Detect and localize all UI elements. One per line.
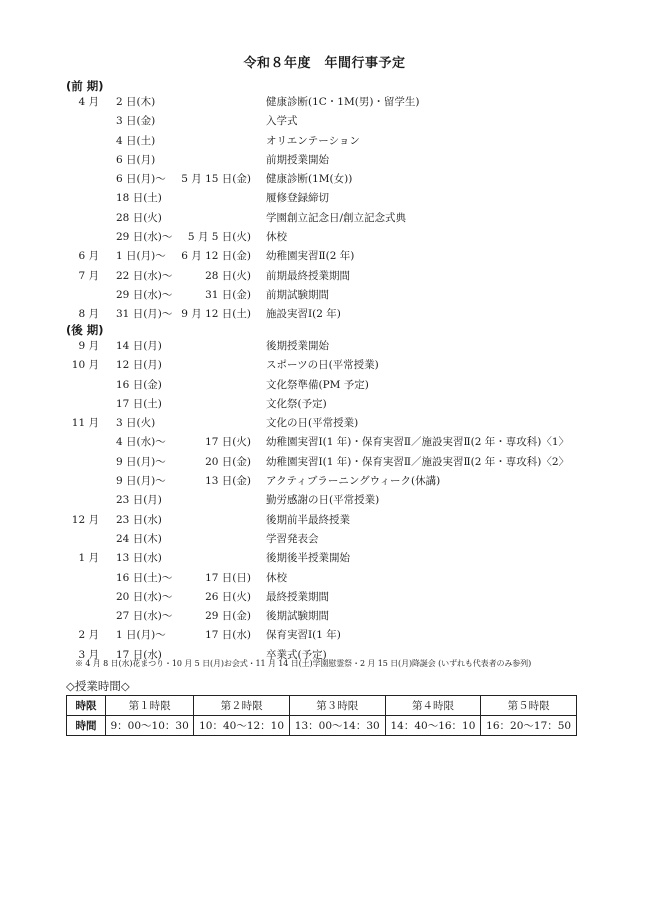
schedule-row: 9 日(月)～20 日(金)幼稚園実習Ⅰ(1 年)・保育実習Ⅱ／施設実習Ⅱ(2 … xyxy=(0,453,649,472)
end-date-cell: 5 月 15 日(金) xyxy=(156,170,251,189)
schedule-row: 7 月22 日(水)～28 日(火)前期最終授業期間 xyxy=(0,267,649,286)
schedule-row: 20 日(水)～26 日(火)最終授業期間 xyxy=(0,588,649,607)
end-date-cell: 29 日(金) xyxy=(156,607,251,626)
end-date-cell: 17 日(水) xyxy=(156,626,251,645)
start-date-cell: 16 日(金) xyxy=(116,376,162,395)
schedule-row: 6 日(月)～5 月 15 日(金)健康診断(1M(女)) xyxy=(0,170,649,189)
month-cell: 7 月 xyxy=(78,267,99,286)
event-cell: 前期最終授業期間 xyxy=(266,267,350,286)
period-cell: 第４時限 xyxy=(385,696,481,716)
month-cell: 11 月 xyxy=(72,414,99,433)
month-cell: 12 月 xyxy=(72,511,99,530)
schedule-row: 18 日(土)履修登録締切 xyxy=(0,189,649,208)
event-cell: 学習発表会 xyxy=(266,530,319,549)
event-cell: 文化の日(平常授業) xyxy=(266,414,358,433)
schedule-row: 9 日(月)～13 日(金)アクティブラーニングウィーク(休講) xyxy=(0,472,649,491)
end-date-cell: 9 月 12 日(土) xyxy=(156,305,251,324)
schedule-row: 27 日(水)～29 日(金)後期試験期間 xyxy=(0,607,649,626)
period-cell: 第３時限 xyxy=(289,696,385,716)
period-label-cell: 時限 xyxy=(67,696,106,716)
event-cell: 施設実習Ⅰ(2 年) xyxy=(266,305,341,324)
start-date-cell: 28 日(火) xyxy=(116,209,162,228)
first-term-heading: (前 期) xyxy=(66,78,104,94)
event-cell: 幼稚園実習Ⅰ(1 年)・保育実習Ⅱ／施設実習Ⅱ(2 年・専攻科)〈1〉 xyxy=(266,433,569,452)
time-row: 時間 9：00～10：30 10：40～12：10 13：00～14：30 14… xyxy=(67,716,577,736)
period-cell: 第１時限 xyxy=(106,696,194,716)
time-cell: 16：20～17：50 xyxy=(481,716,577,736)
time-cell: 10：40～12：10 xyxy=(194,716,290,736)
start-date-cell: 2 日(木) xyxy=(116,93,155,112)
event-cell: 学園創立記念日/創立記念式典 xyxy=(266,209,406,228)
start-date-cell: 23 日(月) xyxy=(116,491,162,510)
month-cell: 2 月 xyxy=(78,626,99,645)
month-cell: 10 月 xyxy=(72,356,99,375)
start-date-cell: 3 日(金) xyxy=(116,112,155,131)
schedule-row: 29 日(水)～31 日(金)前期試験期間 xyxy=(0,286,649,305)
end-date-cell: 17 日(火) xyxy=(156,433,251,452)
schedule-row: 28 日(火)学園創立記念日/創立記念式典 xyxy=(0,209,649,228)
schedule-row: 12 月23 日(水)後期前半最終授業 xyxy=(0,511,649,530)
schedule-row: 29 日(水)～5 月 5 日(火)休校 xyxy=(0,228,649,247)
schedule-row: 4 月2 日(木)健康診断(1C・1M(男)・留学生) xyxy=(0,93,649,112)
month-cell: 1 月 xyxy=(78,549,99,568)
start-date-cell: 4 日(土) xyxy=(116,132,155,151)
time-cell: 13：00～14：30 xyxy=(289,716,385,736)
start-date-cell: 23 日(水) xyxy=(116,511,162,530)
event-cell: 休校 xyxy=(266,228,287,247)
event-cell: 入学式 xyxy=(266,112,298,131)
schedule-row: 23 日(月)勤労感謝の日(平常授業) xyxy=(0,491,649,510)
class-times-table: 時限 第１時限 第２時限 第３時限 第４時限 第５時限 時間 9：00～10：3… xyxy=(66,695,577,736)
month-cell: 4 月 xyxy=(78,93,99,112)
start-date-cell: 18 日(土) xyxy=(116,189,162,208)
end-date-cell: 26 日(火) xyxy=(156,588,251,607)
schedule-row: 1 月13 日(水)後期後半授業開始 xyxy=(0,549,649,568)
start-date-cell: 12 日(月) xyxy=(116,356,162,375)
start-date-cell: 3 日(火) xyxy=(116,414,155,433)
schedule-row: 4 日(水)～17 日(火)幼稚園実習Ⅰ(1 年)・保育実習Ⅱ／施設実習Ⅱ(2 … xyxy=(0,433,649,452)
schedule-row: 11 月3 日(火)文化の日(平常授業) xyxy=(0,414,649,433)
event-cell: アクティブラーニングウィーク(休講) xyxy=(266,472,440,491)
event-cell: 休校 xyxy=(266,569,287,588)
event-cell: 健康診断(1M(女)) xyxy=(266,170,352,189)
schedule-row: 16 日(金)文化祭準備(PM 予定) xyxy=(0,376,649,395)
event-cell: 幼稚園実習Ⅰ(1 年)・保育実習Ⅱ／施設実習Ⅱ(2 年・専攻科)〈2〉 xyxy=(266,453,569,472)
event-cell: 後期試験期間 xyxy=(266,607,329,626)
end-date-cell: 13 日(金) xyxy=(156,472,251,491)
time-label-cell: 時間 xyxy=(67,716,106,736)
time-cell: 9：00～10：30 xyxy=(106,716,194,736)
schedule-row: 10 月12 日(月)スポーツの日(平常授業) xyxy=(0,356,649,375)
event-cell: 健康診断(1C・1M(男)・留学生) xyxy=(266,93,420,112)
class-times-heading: ◇授業時間◇ xyxy=(66,678,130,694)
event-cell: 後期後半授業開始 xyxy=(266,549,350,568)
schedule-row: 16 日(土)～17 日(日)休校 xyxy=(0,569,649,588)
event-cell: 前期試験期間 xyxy=(266,286,329,305)
start-date-cell: 14 日(月) xyxy=(116,337,162,356)
event-cell: 幼稚園実習Ⅱ(2 年) xyxy=(266,247,354,266)
start-date-cell: 24 日(木) xyxy=(116,530,162,549)
event-cell: 保育実習Ⅰ(1 年) xyxy=(266,626,341,645)
schedule-row: 24 日(木)学習発表会 xyxy=(0,530,649,549)
end-date-cell: 17 日(日) xyxy=(156,569,251,588)
end-date-cell: 5 月 5 日(火) xyxy=(156,228,251,247)
schedule-row: 3 日(金)入学式 xyxy=(0,112,649,131)
footnote: ※ 4 月 8 日(水)花まつり・10 月 5 日(月)お会式・11 月 14 … xyxy=(75,658,531,669)
second-term-heading: (後 期) xyxy=(66,322,104,338)
event-cell: 後期授業開始 xyxy=(266,337,329,356)
schedule-row: 2 月1 日(月)～17 日(水)保育実習Ⅰ(1 年) xyxy=(0,626,649,645)
period-cell: 第５時限 xyxy=(481,696,577,716)
event-cell: 前期授業開始 xyxy=(266,151,329,170)
schedule-row: 4 日(土)オリエンテーション xyxy=(0,132,649,151)
end-date-cell: 28 日(火) xyxy=(156,267,251,286)
start-date-cell: 13 日(水) xyxy=(116,549,162,568)
schedule-row: 17 日(土)文化祭(予定) xyxy=(0,395,649,414)
second-term-schedule: 9 月14 日(月)後期授業開始10 月12 日(月)スポーツの日(平常授業)1… xyxy=(0,337,649,665)
event-cell: 文化祭(予定) xyxy=(266,395,327,414)
event-cell: 後期前半最終授業 xyxy=(266,511,350,530)
end-date-cell: 6 月 12 日(金) xyxy=(156,247,251,266)
event-cell: 勤労感謝の日(平常授業) xyxy=(266,491,379,510)
start-date-cell: 17 日(土) xyxy=(116,395,162,414)
start-date-cell: 6 日(月) xyxy=(116,151,155,170)
schedule-row: 6 月1 日(月)～6 月 12 日(金)幼稚園実習Ⅱ(2 年) xyxy=(0,247,649,266)
event-cell: 文化祭準備(PM 予定) xyxy=(266,376,369,395)
period-cell: 第２時限 xyxy=(194,696,290,716)
period-row: 時限 第１時限 第２時限 第３時限 第４時限 第５時限 xyxy=(67,696,577,716)
event-cell: オリエンテーション xyxy=(266,132,360,151)
first-term-schedule: 4 月2 日(木)健康診断(1C・1M(男)・留学生)3 日(金)入学式4 日(… xyxy=(0,93,649,325)
event-cell: 履修登録締切 xyxy=(266,189,329,208)
month-cell: 9 月 xyxy=(78,337,99,356)
end-date-cell: 31 日(金) xyxy=(156,286,251,305)
event-cell: 最終授業期間 xyxy=(266,588,329,607)
time-cell: 14：40～16：10 xyxy=(385,716,481,736)
month-cell: 6 月 xyxy=(78,247,99,266)
schedule-row: 9 月14 日(月)後期授業開始 xyxy=(0,337,649,356)
event-cell: スポーツの日(平常授業) xyxy=(266,356,379,375)
document-title: 令和８年度 年間行事予定 xyxy=(0,52,649,71)
schedule-row: 6 日(月)前期授業開始 xyxy=(0,151,649,170)
end-date-cell: 20 日(金) xyxy=(156,453,251,472)
